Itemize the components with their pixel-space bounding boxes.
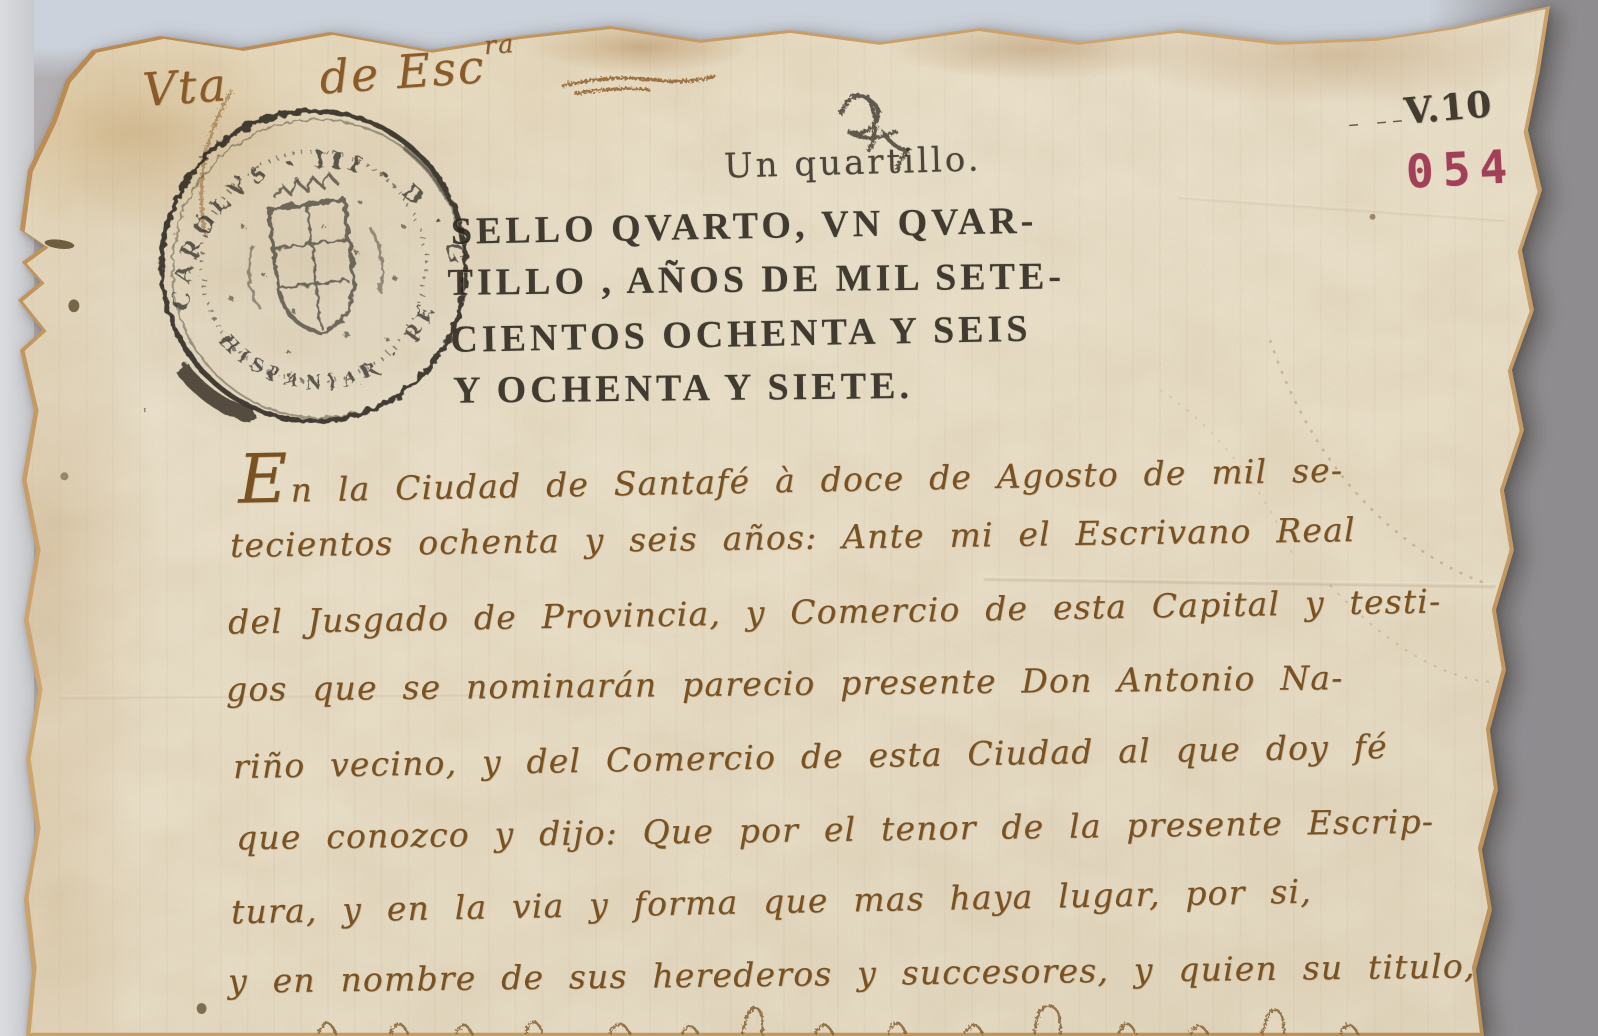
stitch-hole bbox=[68, 299, 79, 312]
folio-number-stamp: 054 bbox=[1405, 143, 1517, 195]
ink-spot bbox=[197, 1003, 207, 1014]
sello-line: Y OCHENTA Y SIETE. bbox=[453, 356, 1174, 418]
ink-spot bbox=[1370, 214, 1376, 220]
flourish-underline-icon bbox=[560, 70, 720, 106]
sello-block: SELLO QVARTO, VN QVAR- TILLO , AÑOS DE M… bbox=[451, 193, 1174, 419]
archival-dash-marks: – –– bbox=[1347, 107, 1409, 137]
ink-showthrough-marks bbox=[1120, 330, 1560, 770]
partial-line-strokes bbox=[310, 1004, 1410, 1036]
seal-legend-bottom: HISPANIAR · REX bbox=[107, 67, 450, 419]
seal-coat-of-arms bbox=[238, 168, 390, 341]
archival-number: V.10 bbox=[1403, 86, 1494, 130]
photo-of-manuscript: Vtade Escra CAROLVS · III · D · G · HISP… bbox=[0, 0, 1598, 1036]
denomination-text: Un quartillo. bbox=[724, 142, 982, 183]
stitch-hole bbox=[60, 472, 68, 480]
annotation-superscript: ra bbox=[483, 29, 516, 60]
